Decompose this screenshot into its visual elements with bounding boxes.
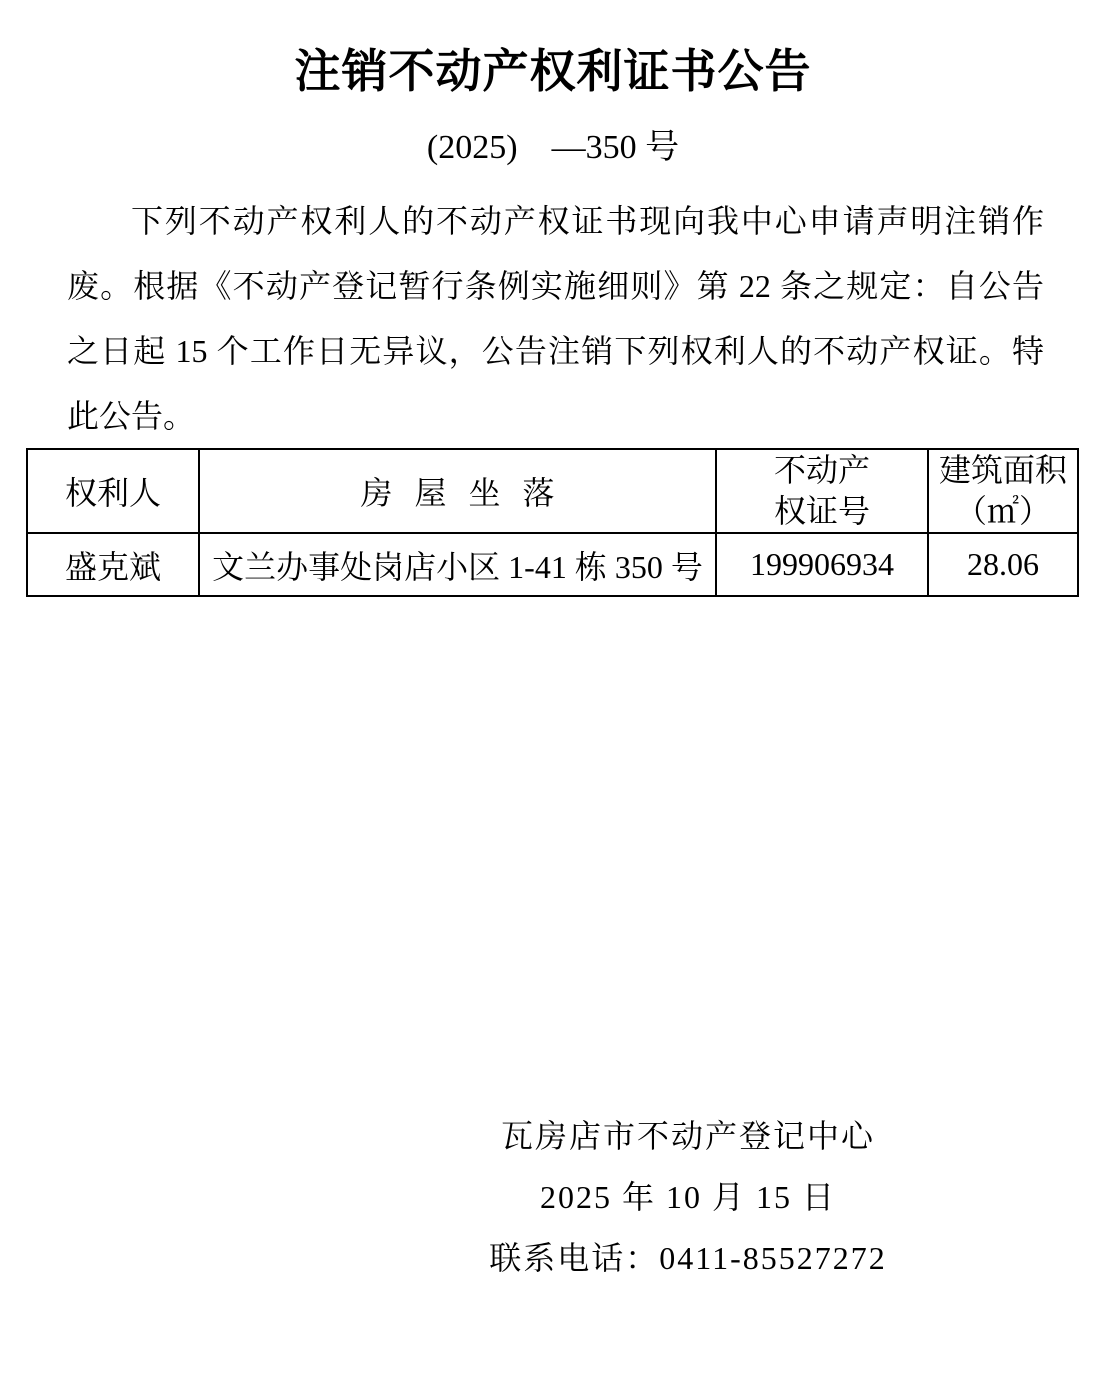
- cell-location: 文兰办事处岗店小区 1-41 栋 350 号: [199, 533, 716, 596]
- contact-phone: 联系电话：0411-85527272: [353, 1228, 1023, 1289]
- cell-area: 28.06: [928, 533, 1078, 596]
- issuing-authority: 瓦房店市不动产登记中心: [353, 1106, 1023, 1167]
- issue-date: 2025 年 10 月 15 日: [353, 1167, 1023, 1228]
- header-location: 房 屋 坐 落: [199, 449, 716, 533]
- announcement-document: 注销不动产权利证书公告 (2025) —350 号 下列不动产权利人的不动产权证…: [0, 0, 1106, 1382]
- header-owner: 权利人: [27, 449, 199, 533]
- header-cert-number: 不动产 权证号: [716, 449, 928, 533]
- table-header-row: 权利人 房 屋 坐 落 不动产 权证号 建筑面积 （㎡）: [27, 449, 1078, 533]
- header-cert-line2: 权证号: [717, 491, 927, 532]
- header-cert-line1: 不动产: [717, 450, 927, 491]
- header-area: 建筑面积 （㎡）: [928, 449, 1078, 533]
- body-line-1: 下列不动产权利人的不动产权证书现向我中心申请声明注销作: [67, 189, 1044, 254]
- body-line-4: 此公告。: [67, 384, 1044, 449]
- document-title: 注销不动产权利证书公告: [0, 44, 1106, 100]
- certificates-table: 权利人 房 屋 坐 落 不动产 权证号 建筑面积 （㎡） 盛克斌 文兰办事处岗店…: [26, 448, 1079, 597]
- announcement-body: 下列不动产权利人的不动产权证书现向我中心申请声明注销作 废。根据《不动产登记暂行…: [67, 189, 1044, 449]
- body-line-3: 之日起 15 个工作日无异议，公告注销下列权利人的不动产权证。特: [67, 319, 1044, 384]
- document-footer: 瓦房店市不动产登记中心 2025 年 10 月 15 日 联系电话：0411-8…: [353, 1106, 1023, 1289]
- body-line-2: 废。根据《不动产登记暂行条例实施细则》第 22 条之规定：自公告: [67, 254, 1044, 319]
- table-row: 盛克斌 文兰办事处岗店小区 1-41 栋 350 号 199906934 28.…: [27, 533, 1078, 596]
- cell-cert-number: 199906934: [716, 533, 928, 596]
- header-area-line1: 建筑面积: [929, 450, 1077, 491]
- header-location-label: 房 屋 坐 落: [200, 468, 715, 514]
- cell-owner: 盛克斌: [27, 533, 199, 596]
- header-area-line2: （㎡）: [929, 491, 1077, 532]
- header-owner-label: 权利人: [28, 468, 198, 514]
- document-number: (2025) —350 号: [0, 126, 1106, 170]
